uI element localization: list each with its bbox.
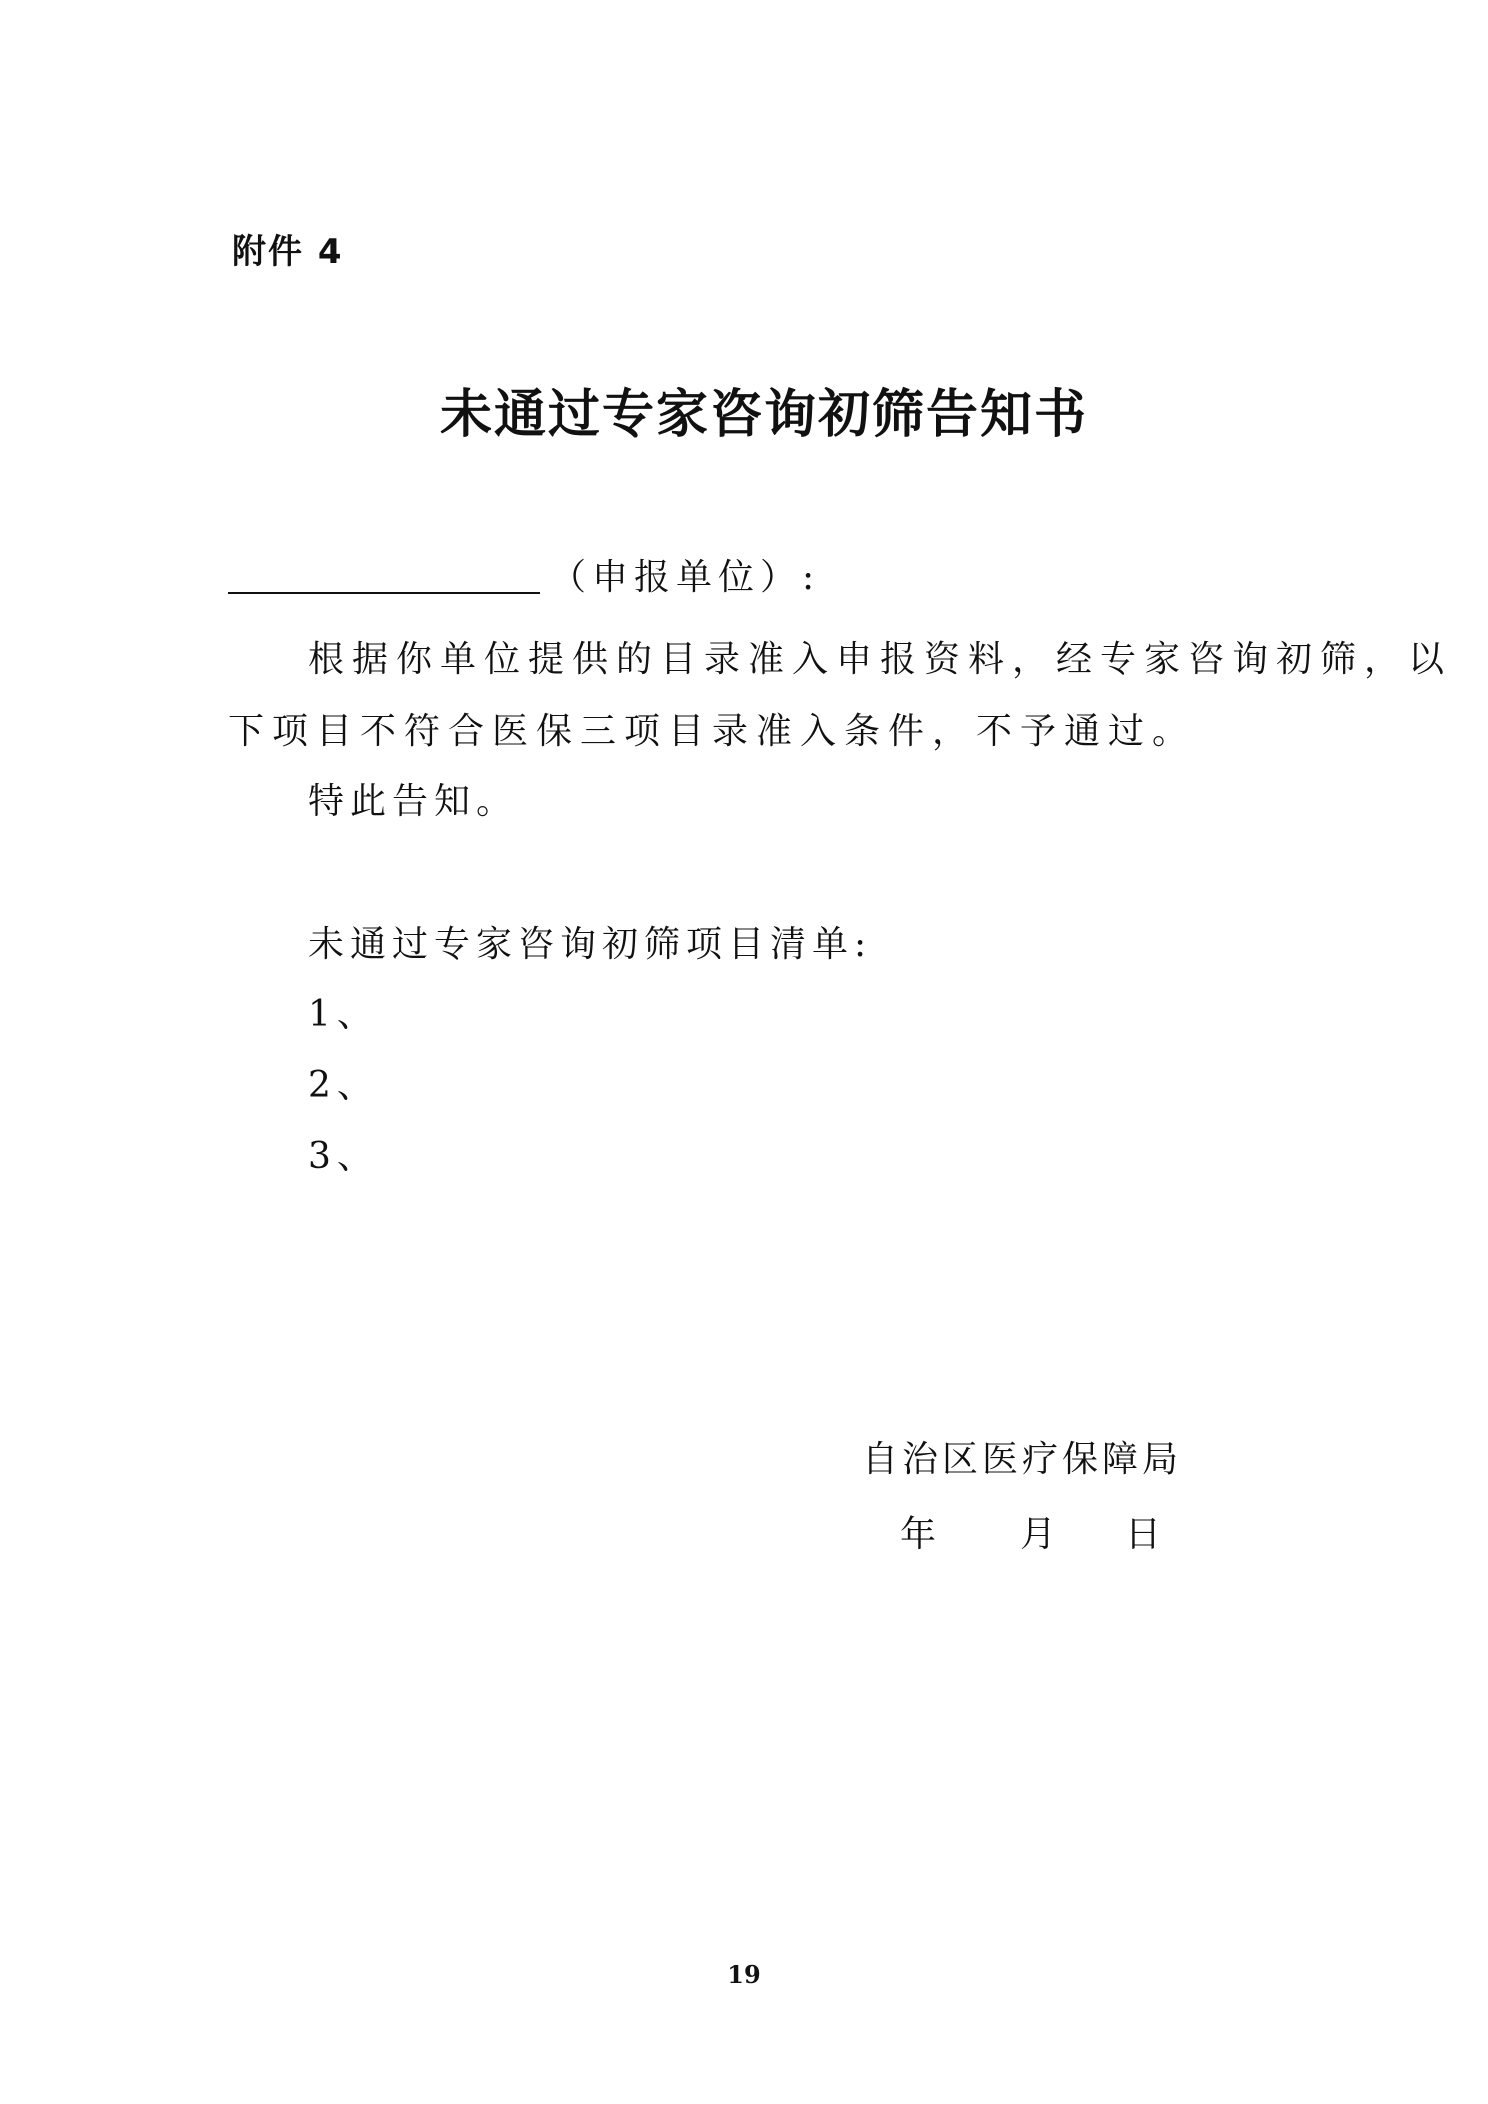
list-item: 1、 <box>308 995 379 1035</box>
date-day: 日 <box>1125 1515 1167 1555</box>
failed-items-list-header: 未通过专家咨询初筛项目清单: <box>308 925 872 965</box>
body-paragraph-line-1: 根据你单位提供的目录准入申报资料，经专家咨询初筛，以 <box>308 640 1452 680</box>
body-paragraph-line-2: 下项目不符合医保三项目录准入条件，不予通过。 <box>228 712 1196 752</box>
notice-statement: 特此告知。 <box>308 782 518 822</box>
applicant-unit-blank <box>228 592 540 594</box>
list-item: 3、 <box>308 1137 379 1177</box>
date-year: 年 <box>900 1515 942 1555</box>
attachment-label: 附件 4 <box>232 224 344 273</box>
recipient-label: （申报单位）: <box>550 558 820 598</box>
date-month: 月 <box>1020 1515 1062 1555</box>
page-number: 19 <box>0 1960 1488 1989</box>
list-item: 2、 <box>308 1066 379 1106</box>
document-title: 未通过专家咨询初筛告知书 <box>0 372 1488 447</box>
issuing-authority: 自治区医疗保障局 <box>862 1440 1182 1480</box>
